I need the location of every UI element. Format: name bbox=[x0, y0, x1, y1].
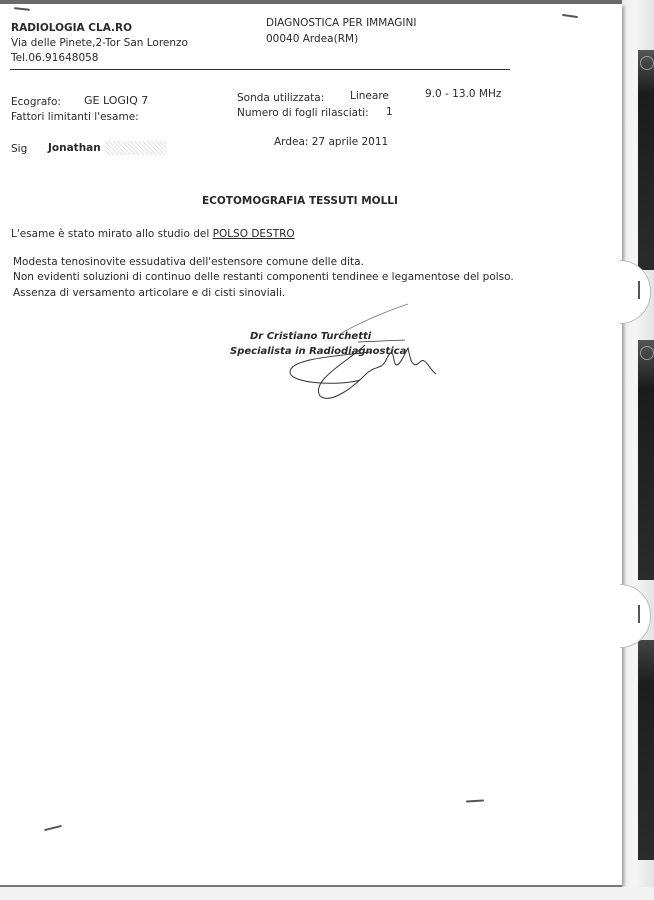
film-strip bbox=[638, 340, 654, 580]
exam-target: POLSO DESTRO bbox=[213, 228, 295, 240]
report-intro: L'esame è stato mirato allo studio del P… bbox=[11, 228, 295, 240]
film-strip bbox=[638, 50, 654, 270]
binder-edge bbox=[622, 0, 654, 900]
fogli-label: Numero di fogli rilasciati: bbox=[237, 107, 369, 119]
frequency-value: 9.0 - 13.0 MHz bbox=[425, 88, 501, 100]
clinic-name: RADIOLOGIA CLA.RO bbox=[11, 22, 132, 34]
finding-line: Modesta tenosinovite essudativa dell'est… bbox=[13, 256, 364, 268]
scan-bottom-edge bbox=[0, 887, 654, 900]
report-title: ECOTOMOGRAFIA TESSUTI MOLLI bbox=[202, 195, 398, 207]
patient-name-row: Jonathan bbox=[48, 141, 167, 155]
department-title: DIAGNOSTICA PER IMMAGINI bbox=[266, 17, 416, 29]
fogli-value: 1 bbox=[386, 106, 393, 118]
ecografo-label: Ecografo: bbox=[11, 96, 61, 108]
patient-salutation: Sig bbox=[11, 143, 27, 155]
header-divider bbox=[10, 69, 510, 70]
fattori-label: Fattori limitanti l'esame: bbox=[11, 111, 139, 123]
finding-line: Non evidenti soluzioni di continuo delle… bbox=[13, 271, 514, 283]
sonda-value: Lineare bbox=[350, 90, 389, 102]
ecografo-value: GE LOGIQ 7 bbox=[84, 94, 148, 107]
sonda-label: Sonda utilizzata: bbox=[237, 92, 324, 104]
patient-name: Jonathan bbox=[48, 142, 101, 154]
finding-line: Assenza di versamento articolare e di ci… bbox=[13, 287, 285, 299]
department-city: 00040 Ardea(RM) bbox=[266, 33, 358, 45]
clinic-address: Via delle Pinete,2-Tor San Lorenzo bbox=[11, 37, 188, 49]
redacted-surname bbox=[105, 141, 167, 155]
film-strip bbox=[638, 640, 654, 860]
handwritten-signature bbox=[280, 300, 450, 405]
ge-logo-icon bbox=[640, 56, 654, 70]
clinic-phone: Tel.06.91648058 bbox=[11, 52, 99, 64]
date-line: Ardea: 27 aprile 2011 bbox=[274, 136, 388, 148]
ge-logo-icon bbox=[640, 346, 654, 360]
intro-prefix: L'esame è stato mirato allo studio del bbox=[11, 228, 213, 240]
